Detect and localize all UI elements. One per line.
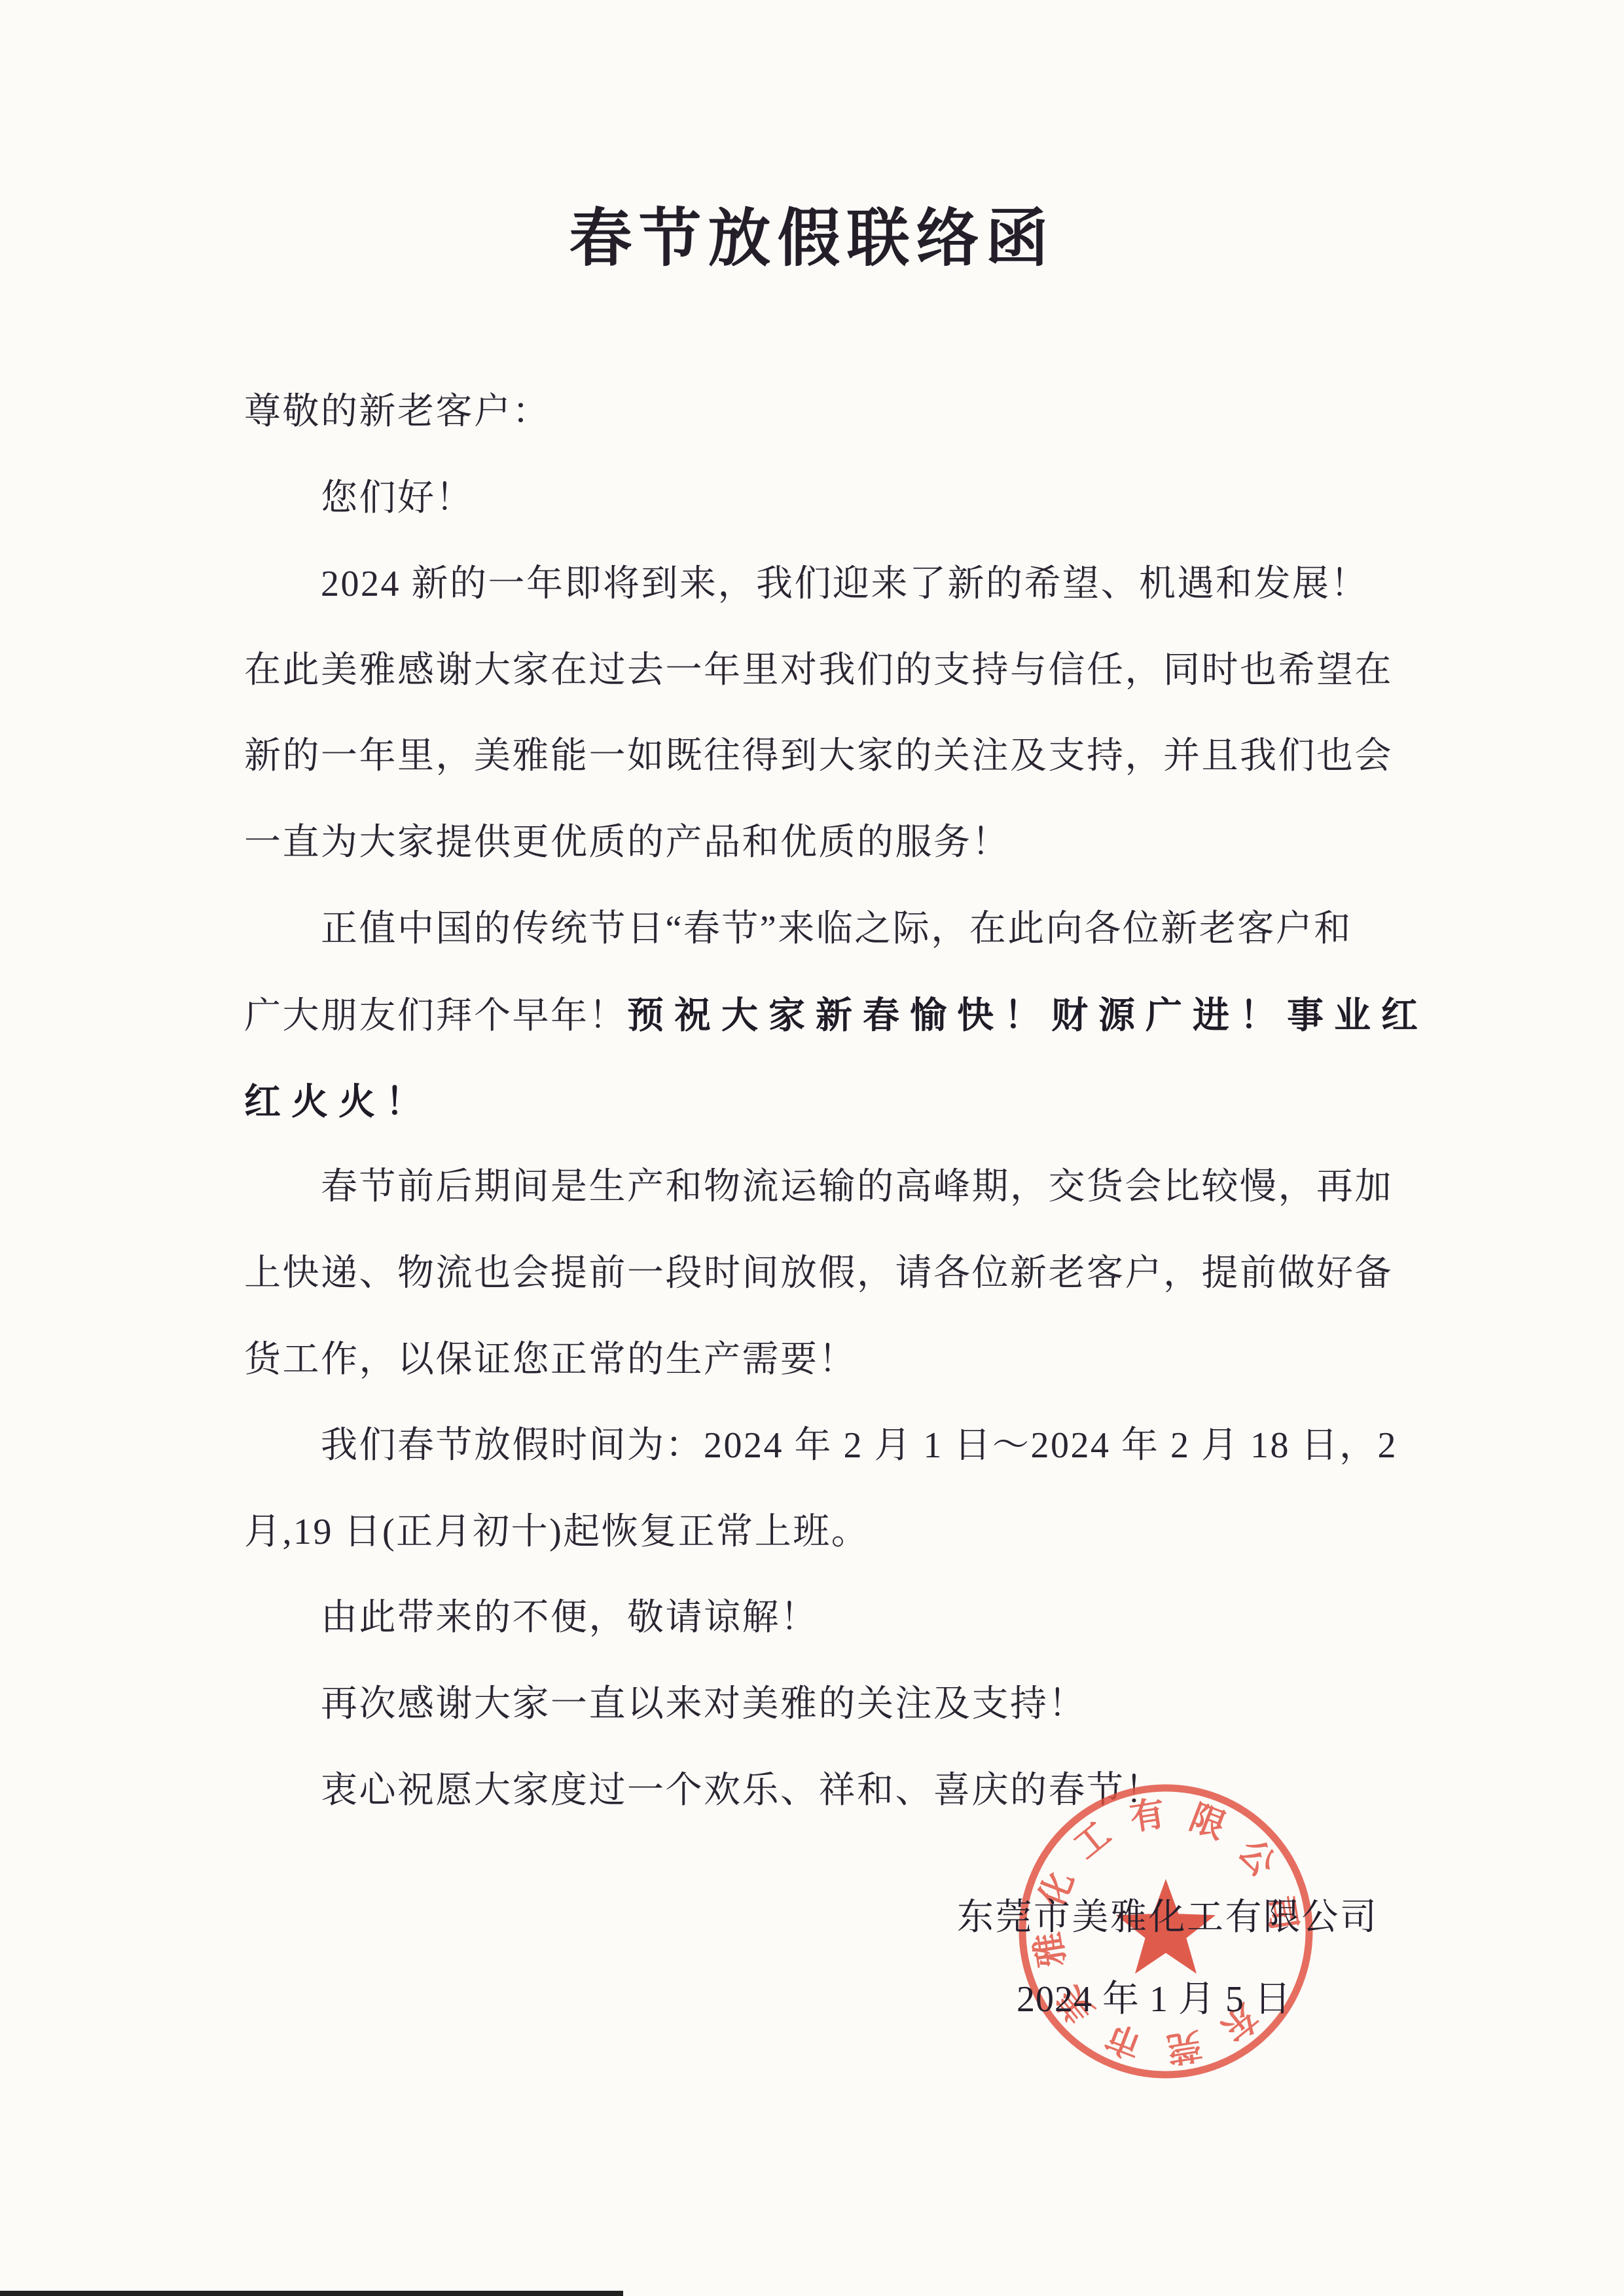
- letter-line: 再次感谢大家一直以来对美雅的关注及支持！: [244, 1662, 1406, 1748]
- letter-line: 红火火！: [244, 1059, 1406, 1145]
- letter-line: 广大朋友们拜个早年！预祝大家新春愉快！财源广进！事业红: [244, 972, 1406, 1059]
- text-segment: 我们春节放假时间为：2024 年 2 月 1 日～2024 年 2 月 18 日…: [321, 1425, 1398, 1466]
- text-segment: 再次感谢大家一直以来对美雅的关注及支持！: [321, 1684, 1087, 1724]
- letter-line: 由此带来的不便，敬请谅解！: [244, 1575, 1406, 1662]
- seal-arc-char: 有: [1127, 1794, 1168, 1838]
- letter-line: 新的一年里，美雅能一如既往得到大家的关注及支持，并且我们也会: [244, 714, 1406, 800]
- text-segment: 广大朋友们拜个早年！: [244, 996, 627, 1036]
- text-segment: 新的一年里，美雅能一如既往得到大家的关注及支持，并且我们也会: [244, 736, 1393, 776]
- signature-company: 东莞市美雅化工有限公司: [957, 1875, 1379, 1961]
- letter-line: 您们好！: [244, 456, 1406, 542]
- page-title: 春节放假联络函: [0, 189, 1624, 278]
- seal-arc-char: 限: [1185, 1798, 1231, 1846]
- letter-line: 上快递、物流也会提前一段时间放假，请各位新老客户，提前做好备: [244, 1231, 1406, 1317]
- text-segment: 由此带来的不便，敬请谅解！: [321, 1597, 819, 1638]
- text-segment: 一直为大家提供更优质的产品和优质的服务！: [244, 822, 1010, 863]
- letter-line: 春节前后期间是生产和物流运输的高峰期，交货会比较慢，再加: [244, 1144, 1406, 1231]
- scan-edge-artifact: [0, 2291, 623, 2296]
- bold-text-segment: 红火火！: [244, 1081, 433, 1122]
- letter-line: 一直为大家提供更优质的产品和优质的服务！: [244, 800, 1406, 886]
- text-segment: 货工作，以保证您正常的生产需要！: [244, 1339, 857, 1380]
- text-segment: 2024 新的一年即将到来，我们迎来了新的希望、机遇和发展！: [321, 564, 1369, 604]
- text-segment: 月,19 日(正月初十)起恢复正常上班。: [244, 1512, 869, 1552]
- letter-line: 月,19 日(正月初十)起恢复正常上班。: [244, 1489, 1406, 1576]
- text-segment: 您们好！: [321, 478, 474, 519]
- letter-page: 春节放假联络函 尊敬的新老客户：您们好！2024 新的一年即将到来，我们迎来了新…: [0, 0, 1624, 2296]
- text-segment: 在此美雅感谢大家在过去一年里对我们的支持与信任，同时也希望在: [244, 650, 1393, 691]
- letter-body: 尊敬的新老客户：您们好！2024 新的一年即将到来，我们迎来了新的希望、机遇和发…: [244, 369, 1406, 1834]
- text-segment: 春节前后期间是生产和物流运输的高峰期，交货会比较慢，再加: [321, 1167, 1393, 1207]
- letter-line: 正值中国的传统节日“春节”来临之际，在此向各位新老客户和: [244, 886, 1406, 973]
- letter-line: 我们春节放假时间为：2024 年 2 月 1 日～2024 年 2 月 18 日…: [244, 1403, 1406, 1489]
- text-segment: 正值中国的传统节日“春节”来临之际，在此向各位新老客户和: [321, 909, 1352, 949]
- text-segment: 上快递、物流也会提前一段时间放假，请各位新老客户，提前做好备: [244, 1253, 1393, 1294]
- signature-date: 2024 年 1 月 5 日: [1017, 1957, 1291, 2043]
- letter-line: 2024 新的一年即将到来，我们迎来了新的希望、机遇和发展！: [244, 541, 1406, 628]
- bold-text-segment: 预祝大家新春愉快！财源广进！事业红: [627, 994, 1428, 1036]
- letter-line: 货工作，以保证您正常的生产需要！: [244, 1317, 1406, 1404]
- letter-line: 尊敬的新老客户：: [244, 369, 1406, 456]
- letter-line: 在此美雅感谢大家在过去一年里对我们的支持与信任，同时也希望在: [244, 628, 1406, 714]
- text-segment: 尊敬的新老客户：: [244, 392, 550, 432]
